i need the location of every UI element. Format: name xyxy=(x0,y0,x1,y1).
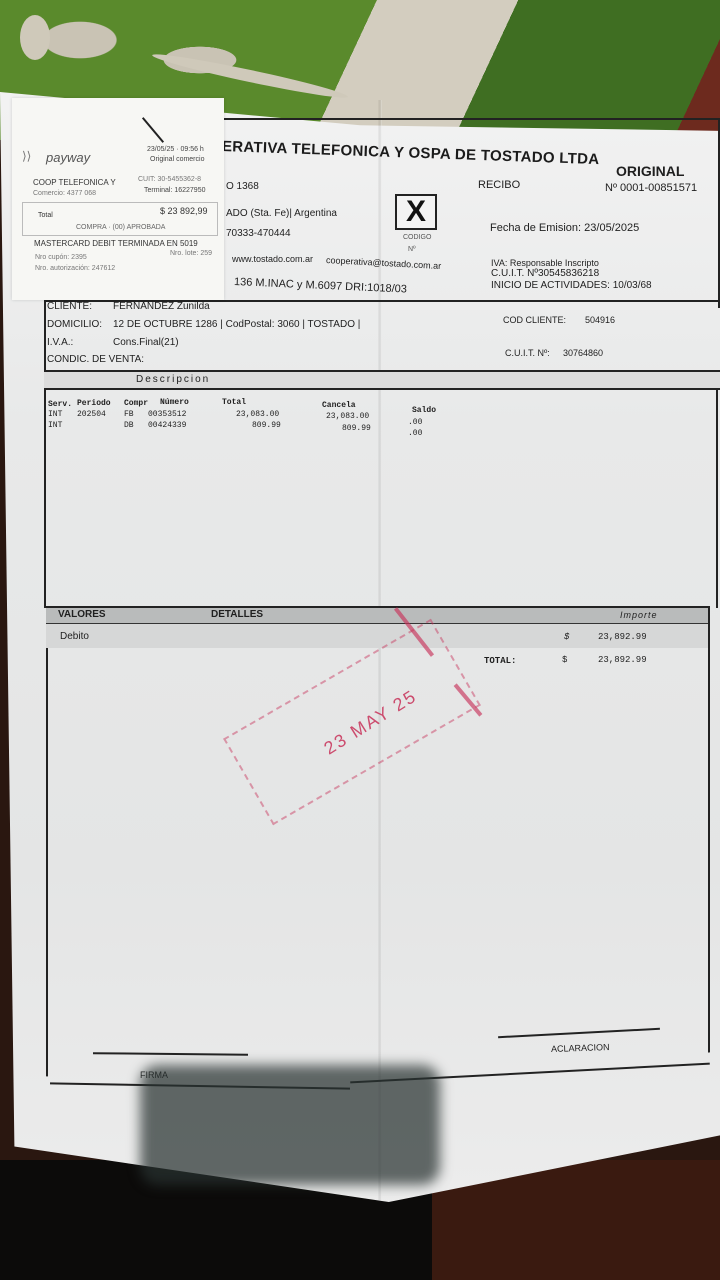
company-city: ADO (Sta. Fe)| Argentina xyxy=(226,208,337,219)
col-header-cancela: Cancela xyxy=(322,401,356,410)
iva-value: Cons.Final(21) xyxy=(113,337,179,348)
iva-label: I.V.A.: xyxy=(47,337,73,348)
ticket-terminal: Terminal: 16227950 xyxy=(144,187,206,194)
cell-compr: FB xyxy=(124,410,134,419)
doc-type-letter-box: X xyxy=(395,194,437,230)
ticket-cupon: Nro cupón: 2395 xyxy=(35,254,87,261)
hand-shadow xyxy=(140,1065,440,1185)
ticket-status: COMPRA · (00) APROBADA xyxy=(76,224,165,231)
cell-total: 809.99 xyxy=(252,421,281,430)
domicilio-label: DOMICILIO: xyxy=(47,319,102,330)
total-currency: $ xyxy=(562,655,567,665)
ticket-comercio: Comercio: 4377 068 xyxy=(33,190,96,197)
leaf-hole xyxy=(20,15,50,60)
copy-label: ORIGINAL xyxy=(616,163,684,179)
cell-serv: INT xyxy=(48,410,62,419)
company-website: www.tostado.com.ar xyxy=(232,254,313,264)
domicilio-value: 12 DE OCTUBRE 1286 | CodPostal: 3060 | T… xyxy=(113,319,360,330)
client-cuit-value: 30764860 xyxy=(563,348,603,358)
ticket-cuit: CUIT: 30-5455362-8 xyxy=(138,176,201,183)
col-header-compr: Compr xyxy=(124,399,148,408)
aclaracion-label: ACLARACION xyxy=(551,1042,610,1054)
items-box xyxy=(44,390,718,608)
ticket-total-value: $ 23 892,99 xyxy=(160,206,208,216)
ticket-merchant: COOP TELEFONICA Y xyxy=(33,178,116,187)
company-address: O 1368 xyxy=(226,181,259,192)
ticket-copy: Original comercio xyxy=(150,156,204,163)
cell-numero: 00353512 xyxy=(148,410,186,419)
doc-type: RECIBO xyxy=(478,179,520,191)
valor-type: Debito xyxy=(60,631,89,642)
payway-brand: payway xyxy=(46,150,90,165)
company-phone: 70333-470444 xyxy=(226,228,291,239)
leaf-vein xyxy=(151,49,349,102)
ticket-lote: Nro. lote: 259 xyxy=(170,250,212,257)
ticket-card: MASTERCARD DEBIT TERMINADA EN 5019 xyxy=(34,239,198,248)
payway-ticket: ⟩⟩ payway 23/05/25 · 09:56 h Original co… xyxy=(12,98,224,300)
cell-periodo: 202504 xyxy=(77,410,106,419)
description-label: Descripcion xyxy=(136,374,210,385)
cell-saldo: .00 xyxy=(408,429,422,438)
condic-venta-label: CONDIC. DE VENTA: xyxy=(47,354,144,365)
codigo-number-label: Nº xyxy=(408,246,416,253)
col-header-numero: Número xyxy=(160,398,189,407)
ticket-datetime: 23/05/25 · 09:56 h xyxy=(147,146,204,153)
col-header-total: Total xyxy=(222,398,246,407)
ticket-total-label: Total xyxy=(38,212,53,219)
company-cuit: C.U.I.T. Nº30545836218 xyxy=(491,268,599,279)
importe-label: Importe xyxy=(620,610,658,620)
cell-cancela: 809.99 xyxy=(342,424,371,433)
cell-cancela: 23,083.00 xyxy=(326,412,369,421)
cod-cliente-label: COD CLIENTE: xyxy=(503,315,566,325)
col-header-periodo: Periodo xyxy=(77,399,111,408)
col-header-serv: Serv. xyxy=(48,400,72,409)
start-activities: INICIO DE ACTIVIDADES: 10/03/68 xyxy=(491,280,652,291)
iva-status: IVA: Responsable Inscripto xyxy=(491,258,599,268)
detalles-label: DETALLES xyxy=(211,609,263,620)
cell-serv: INT xyxy=(48,421,62,430)
payway-logo-icon: ⟩⟩ xyxy=(22,149,31,163)
cliente-label: CLIENTE: xyxy=(47,301,92,312)
ticket-pen-mark xyxy=(142,117,164,143)
cell-total: 23,083.00 xyxy=(236,410,279,419)
client-cuit-label: C.U.I.T. Nº: xyxy=(505,348,550,358)
valor-currency: $ xyxy=(564,632,569,642)
valores-header-band xyxy=(46,606,708,624)
issue-date: Fecha de Emision: 23/05/2025 xyxy=(490,222,639,234)
valor-amount: 23,892.99 xyxy=(598,632,647,642)
cliente-value: FERNANDEZ Zunilda xyxy=(113,301,210,312)
col-header-saldo: Saldo xyxy=(412,406,436,415)
cell-saldo: .00 xyxy=(408,418,422,427)
cod-cliente-value: 504916 xyxy=(585,315,615,325)
ticket-autorizacion: Nro. autorización: 247612 xyxy=(35,265,115,272)
total-label: TOTAL: xyxy=(484,656,516,666)
valores-label: VALORES xyxy=(58,609,106,620)
total-amount: 23,892.99 xyxy=(598,655,647,665)
cell-numero: 00424339 xyxy=(148,421,186,430)
codigo-label: CODIGO xyxy=(403,234,431,241)
receipt-number: Nº 0001-00851571 xyxy=(605,182,697,194)
cell-compr: DB xyxy=(124,421,134,430)
